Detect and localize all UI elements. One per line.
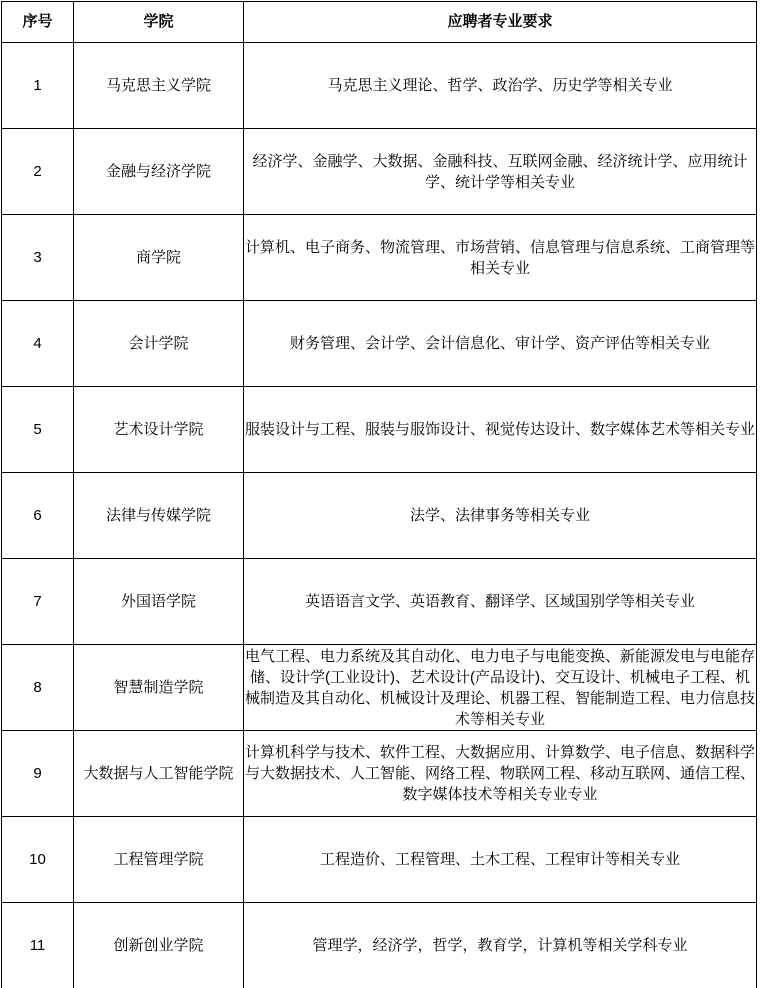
row-number-cell: 11: [2, 903, 74, 988]
requirements-cell: 法学、法律事务等相关专业: [244, 473, 757, 559]
requirements-cell: 工程造价、工程管理、土木工程、工程审计等相关专业: [244, 817, 757, 903]
requirements-cell: 英语语言文学、英语教育、翻译学、区域国别学等相关专业: [244, 559, 757, 645]
requirements-cell: 服装设计与工程、服装与服饰设计、视觉传达设计、数字媒体艺术等相关专业: [244, 387, 757, 473]
row-number-cell: 8: [2, 645, 74, 731]
table-row: 10工程管理学院工程造价、工程管理、土木工程、工程审计等相关专业: [2, 817, 757, 903]
row-number-cell: 1: [2, 43, 74, 129]
requirements-cell: 电气工程、电力系统及其自动化、电力电子与电能变换、新能源发电与电能存储、设计学(…: [244, 645, 757, 731]
table-row: 3商学院计算机、电子商务、物流管理、市场营销、信息管理与信息系统、工商管理等相关…: [2, 215, 757, 301]
table-row: 5艺术设计学院服装设计与工程、服装与服饰设计、视觉传达设计、数字媒体艺术等相关专…: [2, 387, 757, 473]
row-number-cell: 3: [2, 215, 74, 301]
row-number-cell: 7: [2, 559, 74, 645]
college-cell: 会计学院: [74, 301, 244, 387]
table-body: 1马克思主义学院马克思主义理论、哲学、政治学、历史学等相关专业2金融与经济学院经…: [2, 43, 757, 988]
college-cell: 外国语学院: [74, 559, 244, 645]
college-cell: 智慧制造学院: [74, 645, 244, 731]
college-cell: 金融与经济学院: [74, 129, 244, 215]
header-requirements: 应聘者专业要求: [244, 2, 757, 43]
table-row: 7外国语学院英语语言文学、英语教育、翻译学、区域国别学等相关专业: [2, 559, 757, 645]
college-cell: 商学院: [74, 215, 244, 301]
college-cell: 创新创业学院: [74, 903, 244, 988]
table-row: 4会计学院财务管理、会计学、会计信息化、审计学、资产评估等相关专业: [2, 301, 757, 387]
header-row: 序号 学院 应聘者专业要求: [2, 2, 757, 43]
college-cell: 工程管理学院: [74, 817, 244, 903]
requirements-cell: 计算机科学与技术、软件工程、大数据应用、计算数学、电子信息、数据科学与大数据技术…: [244, 731, 757, 817]
row-number-cell: 2: [2, 129, 74, 215]
row-number-cell: 4: [2, 301, 74, 387]
header-college: 学院: [74, 2, 244, 43]
requirements-cell: 财务管理、会计学、会计信息化、审计学、资产评估等相关专业: [244, 301, 757, 387]
row-number-cell: 10: [2, 817, 74, 903]
table-row: 8智慧制造学院电气工程、电力系统及其自动化、电力电子与电能变换、新能源发电与电能…: [2, 645, 757, 731]
row-number-cell: 5: [2, 387, 74, 473]
header-serial-number: 序号: [2, 2, 74, 43]
table-row: 11创新创业学院管理学，经济学，哲学，教育学，计算机等相关学科专业: [2, 903, 757, 988]
row-number-cell: 6: [2, 473, 74, 559]
table-row: 6法律与传媒学院法学、法律事务等相关专业: [2, 473, 757, 559]
table-row: 9大数据与人工智能学院计算机科学与技术、软件工程、大数据应用、计算数学、电子信息…: [2, 731, 757, 817]
requirements-cell: 经济学、金融学、大数据、金融科技、互联网金融、经济统计学、应用统计学、统计学等相…: [244, 129, 757, 215]
requirements-cell: 管理学，经济学，哲学，教育学，计算机等相关学科专业: [244, 903, 757, 988]
requirements-cell: 马克思主义理论、哲学、政治学、历史学等相关专业: [244, 43, 757, 129]
table-row: 1马克思主义学院马克思主义理论、哲学、政治学、历史学等相关专业: [2, 43, 757, 129]
college-cell: 艺术设计学院: [74, 387, 244, 473]
college-cell: 马克思主义学院: [74, 43, 244, 129]
table-row: 2金融与经济学院经济学、金融学、大数据、金融科技、互联网金融、经济统计学、应用统…: [2, 129, 757, 215]
requirements-cell: 计算机、电子商务、物流管理、市场营销、信息管理与信息系统、工商管理等相关专业: [244, 215, 757, 301]
college-cell: 法律与传媒学院: [74, 473, 244, 559]
row-number-cell: 9: [2, 731, 74, 817]
college-cell: 大数据与人工智能学院: [74, 731, 244, 817]
college-requirements-table: 序号 学院 应聘者专业要求 1马克思主义学院马克思主义理论、哲学、政治学、历史学…: [1, 1, 757, 988]
